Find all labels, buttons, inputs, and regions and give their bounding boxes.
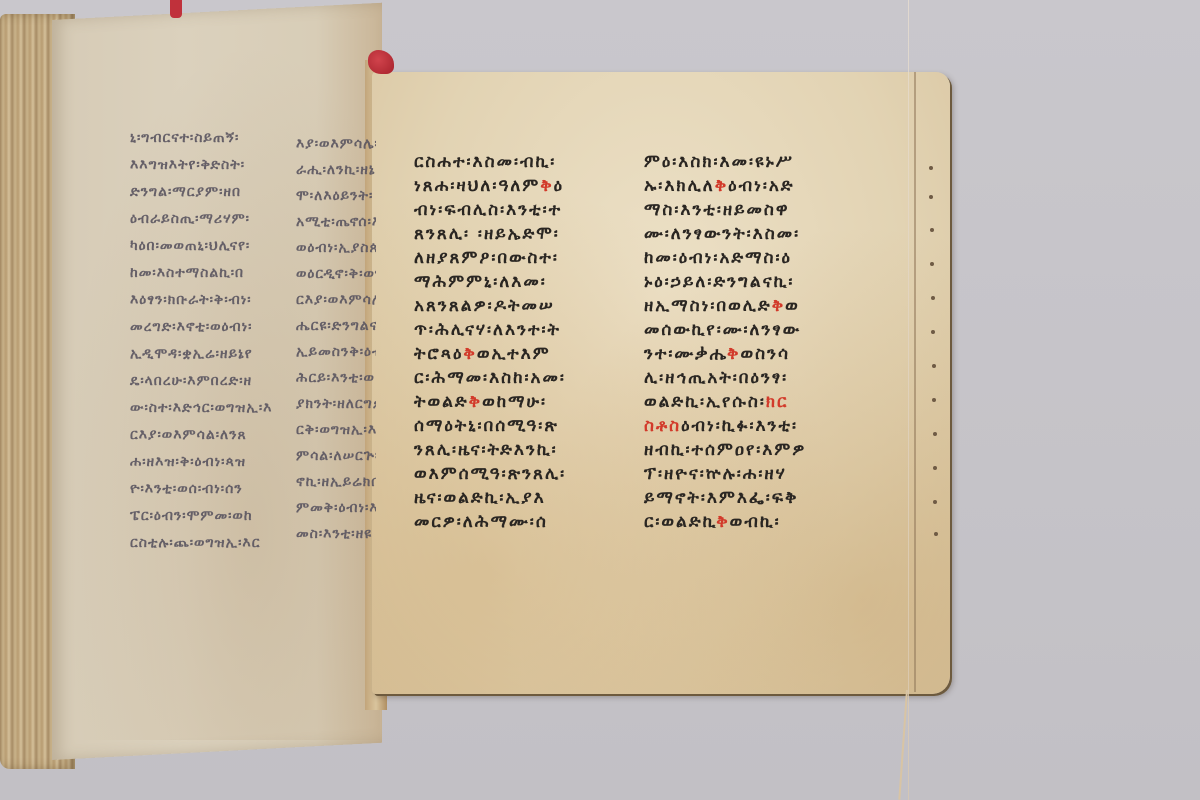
prick-hole (929, 195, 933, 199)
text-line: ስቶስዕብነ፡ኪፉ፡እንቲ፡ (644, 416, 798, 436)
text-line: ካዕበ፡መወጠኒ፡ህሊናየ፡ (130, 238, 250, 254)
text-line: እያ፡ወእምሳሌ፡ (296, 136, 376, 152)
prick-hole (933, 432, 937, 436)
rubric-cross: ቅ (715, 176, 728, 196)
thread-lower (898, 690, 908, 800)
rubric-cross: ቅ (772, 296, 785, 316)
prick-hole (934, 532, 938, 536)
text-line: ዕብራይስጢ፡ማሪሃም፡ (130, 211, 250, 227)
text-line: ኢዲሞዳ፡ቋኢሬ፡ዘይኔየ (130, 346, 253, 362)
text-line: ጥ፡ሕሊናሃ፡ለእንተ፡ት (414, 320, 561, 340)
text-line: ወእምሰሚዓ፡ጽንጸሊ፡ (414, 464, 566, 484)
text-line: ለዘያጸምዖ፡በውስተ፡ (414, 248, 559, 268)
text-line: ሰማዕትኒ፡በሰሚዓ፡ጽ (414, 416, 559, 436)
text-line: ማሕምምኒ፡ለእመ፡ (414, 272, 547, 292)
text-line: ትሮጻዕቅወኢተእም (414, 344, 551, 364)
prick-hole (932, 398, 936, 402)
text-line: ወልድኪ፡ኢየሱስ፡ክር (644, 392, 788, 412)
text-line: መርዎ፡ለሕማሙ፡ሰ (414, 512, 548, 532)
rubric-cross: ቅ (716, 512, 729, 532)
text-line: ራሒ፡ለንኪ፡ዘኔ (296, 162, 375, 178)
text-line: መሰውኪየ፡ሙ፡ለንፃው (644, 320, 801, 340)
text-line: አጸንጸልዎ፡ዶትመሠ (414, 296, 555, 316)
text-line: ሔርዩ፡ድንግልና (296, 318, 376, 334)
prick-hole (933, 466, 937, 470)
text-line: መስ፡እንቲ፡ዘዩ (296, 526, 372, 542)
prick-hole (931, 296, 935, 300)
text-line: ሕርይ፡እንቲ፡ወ (296, 370, 375, 386)
text-line: ዘኢማስነ፡በወሊድቅወ (644, 296, 800, 316)
text-line: መረግድ፡እኖቲ፡ወዕብነ፡ (130, 319, 252, 335)
text-line: ድንግል፡ማርያም፡ዘበ (130, 184, 241, 200)
text-line: ምመቅ፡ዕብነ፡እሰበ (296, 500, 376, 516)
text-line: ር፡ሕማመ፡እስከ፡አመ፡ (414, 368, 566, 388)
prick-hole (930, 228, 934, 232)
text-line: ሙ፡ለንፃውንት፡እስመ፡ (644, 224, 800, 244)
text-line: ዘብኪ፡ተሰምዐየ፡እምዎ (644, 440, 806, 460)
prick-hole (929, 166, 933, 170)
text-line: ነጸሐ፡ዛህለ፡ዓለምቅዕ (414, 176, 564, 196)
text-line: ወዕርዲኖ፡ቅ፡ወግ (296, 266, 376, 282)
text-line: አሚቲ፡ጤኖሰ፡እ (296, 214, 376, 230)
text-line: እእግዝእትየ፡ቅድስት፡ (130, 157, 245, 173)
text-line: ዜና፡ወልድኪ፡ኢያእ (414, 488, 546, 508)
text-line: ፕ፡ዘዮና፡ኵሉ፡ሐ፡ዘሃ (644, 464, 787, 484)
text-line: እዕፃን፡ክቡራት፡ቅ፡ብነ፡ (130, 292, 252, 308)
text-line: ምዕ፡እስክ፡እመ፡ዩኑሥ (644, 152, 794, 172)
text-line: ጸንጸሊ፡ ፡ዘይኤድሞ፡ (414, 224, 560, 244)
text-line: ው፡ስተ፡እድኅር፡ወግዝኢ፡እ (130, 400, 272, 416)
text-line: ይማኖት፡እምእፌ፡ፍቅ (644, 488, 798, 508)
text-line: ወዕብነ፡ኢያስጲ (296, 240, 376, 256)
left-page-column-b: እያ፡ወእምሳሌ፡ ራሒ፡ለንኪ፡ዘኔ ሞ፡ለእዕይንት፡ አሚቲ፡ጤኖሰ፡እ … (296, 136, 376, 556)
text-line: ፔር፡ዕብን፡ሞምመ፡ወከ (130, 508, 253, 524)
prick-hole (930, 262, 934, 266)
text-line: ኒ፡ግብርናተ፡ስይጠኝ፡ (130, 130, 239, 146)
thread (908, 0, 909, 800)
text-line: ኢይመስንቅ፡ዕብ (296, 344, 376, 360)
text-line: ሐ፡ዘእዝ፡ቅ፡ዕብነ፡ጳዝ (130, 454, 246, 470)
text-line: ኖኪ፡ዘኢይሬክቦ፡ (296, 474, 376, 490)
text-line: ትወልድቅወከማሁ፡ (414, 392, 547, 412)
text-line: ንተ፡ሙቃሔቅወስንሳ (644, 344, 790, 364)
text-line: ብነ፡ፍብሊስ፡እንቲ፡ተ (414, 200, 562, 220)
prick-hole (932, 364, 936, 368)
text-line: ርስሐተ፡እስመ፡ብኪ፡ (414, 152, 556, 172)
text-line: ኡ፡እክሊለቅዕብነ፡አድ (644, 176, 795, 196)
text-line: ሞ፡ለእዕይንት፡ (296, 188, 373, 204)
text-line: ኑዕ፡ኃይለ፡ድንግልናኪ፡ (644, 272, 794, 292)
text-line: ማስ፡እንቲ፡ዘይመስዋ (644, 200, 790, 220)
red-ribbon-marker-top (170, 0, 182, 18)
rubric-cross: ቅ (540, 176, 553, 196)
rubric-cross: ቅ (463, 344, 476, 364)
prick-hole (931, 330, 935, 334)
red-ribbon-marker-gutter (368, 50, 394, 74)
rubric-cross: ቅ (727, 344, 740, 364)
text-line: ር፡ወልድኪቅወብኪ፡ (644, 512, 781, 532)
rubric-name: ስቶስ (644, 416, 681, 436)
text-line: ከመ፡ዕብነ፡አድማስ፡ዕ (644, 248, 792, 268)
rubric-name: ክር (766, 392, 789, 412)
text-line: ርቅ፡ወግዝኢ፡እርእ (296, 422, 376, 438)
text-line: ርስቲሉ፡ጨ፡ወግዝኢ፡እር (130, 535, 260, 551)
text-line: ዴ፡ላበረሁ፡እምበረድ፡ዘ (130, 373, 252, 389)
text-line: ምሳል፡ለሠርጕ፡ (296, 448, 376, 464)
text-line: ዮ፡እንቲ፡ወሰ፡ብነ፡ሰን (130, 481, 243, 497)
text-line: ሊ፡ዘኅጢአት፡በዕንፃ፡ (644, 368, 788, 388)
text-line: ርእያ፡ወእምሳሌ (296, 292, 376, 308)
prick-hole (933, 500, 937, 504)
text-line: ያክንት፡ዘለርግዎ (296, 396, 376, 412)
rubric-cross: ቅ (469, 392, 482, 412)
text-line: ከመ፡እስተማስልኪ፡በ (130, 265, 244, 281)
text-line: ንጸሊ፡ዜና፡ትድእንኪ፡ (414, 440, 558, 460)
text-line: ርእያ፡ወእምሳል፡ለንጸ (130, 427, 247, 443)
ruling-line (914, 72, 916, 692)
